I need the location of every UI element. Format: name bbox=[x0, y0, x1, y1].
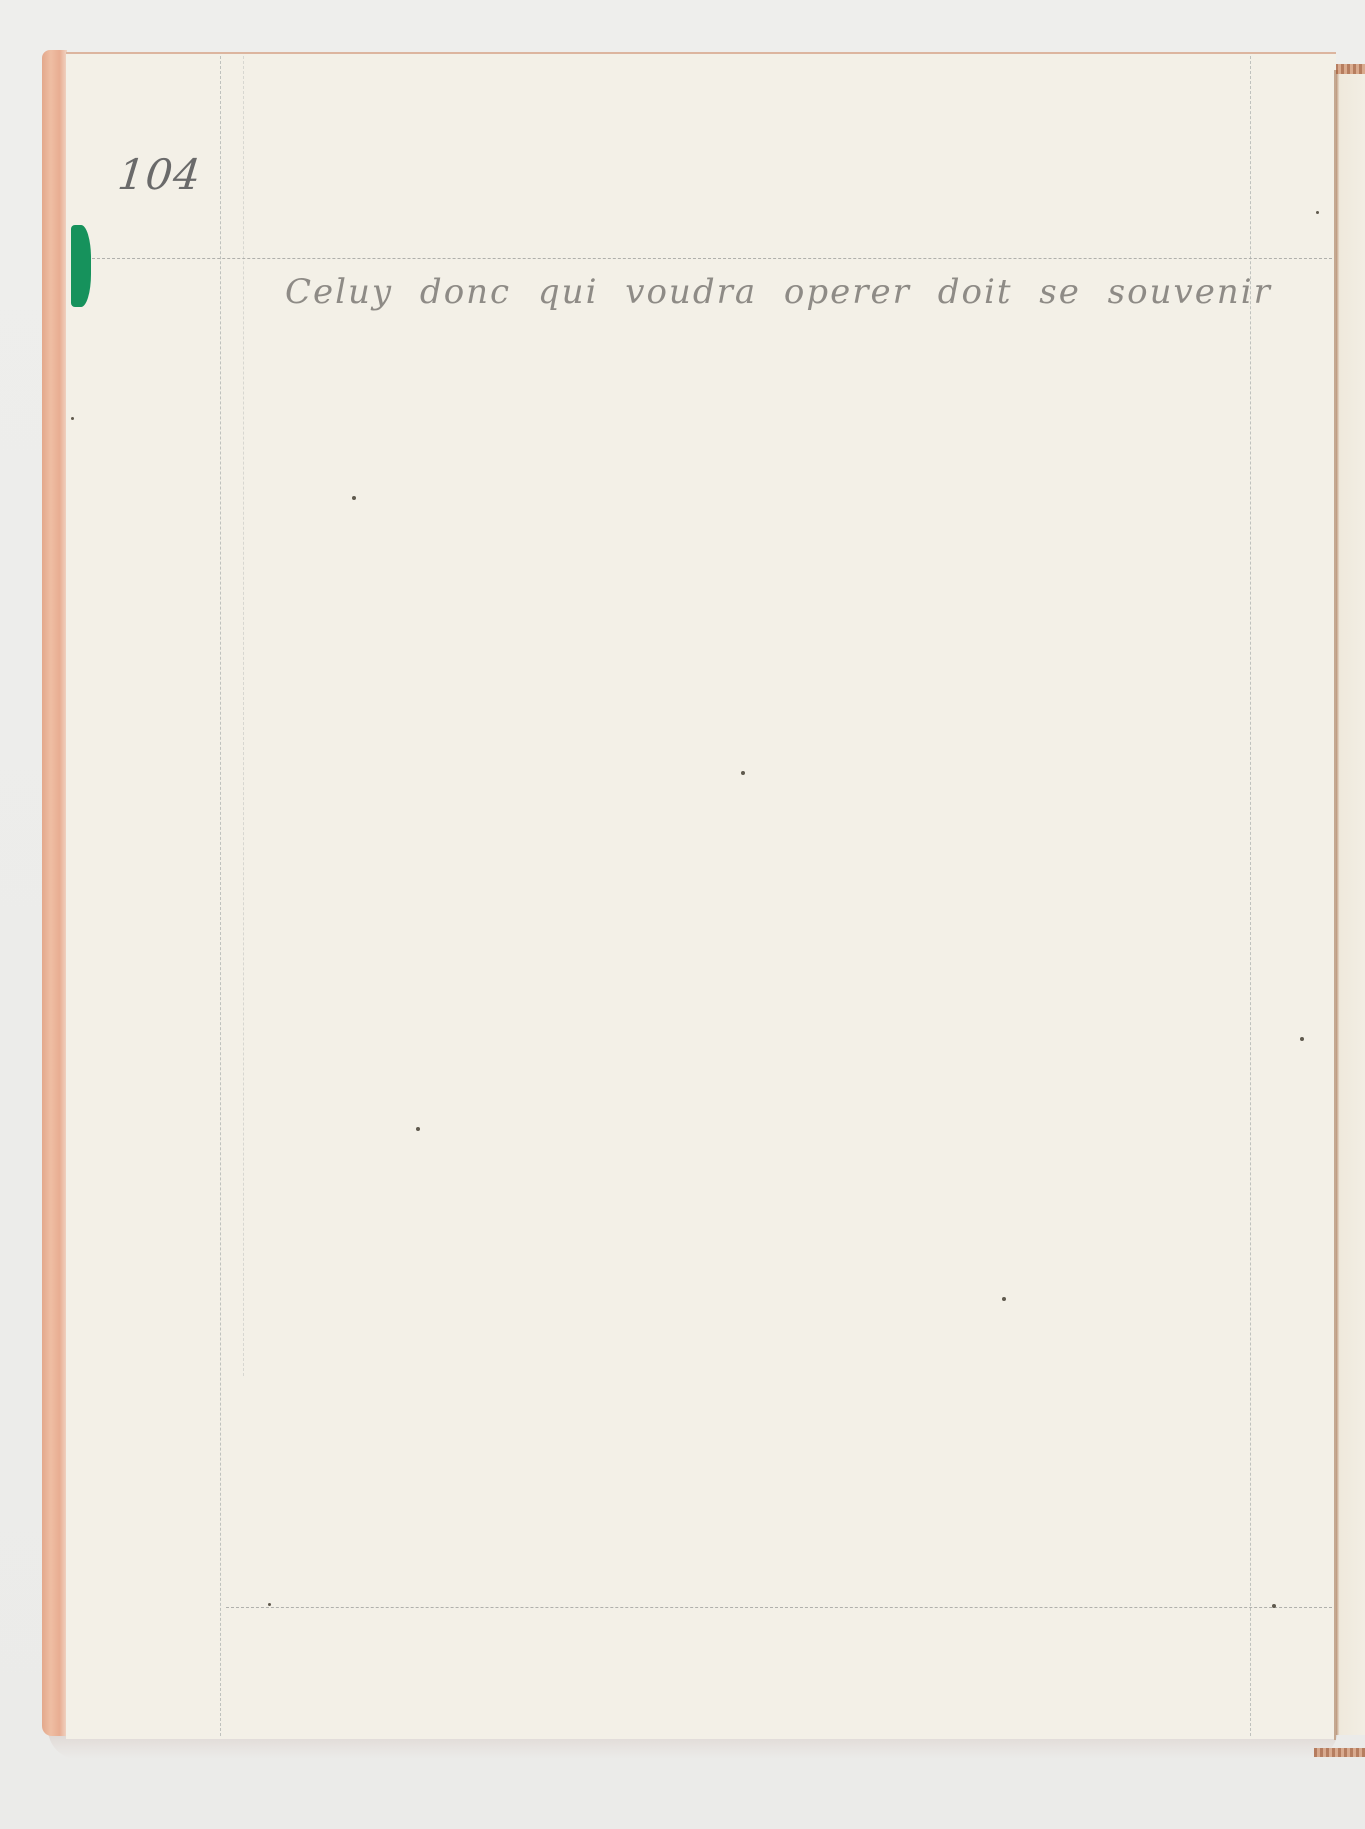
manuscript-line-1: Celuy donc qui voudra operer doit se sou… bbox=[285, 272, 1225, 312]
folio-number: 104 bbox=[115, 150, 203, 199]
ink-speck bbox=[268, 1603, 271, 1606]
ink-speck bbox=[416, 1127, 420, 1131]
ink-speck bbox=[352, 496, 356, 500]
gutter-fold bbox=[1334, 70, 1336, 1740]
ink-speck bbox=[1300, 1037, 1304, 1041]
green-bookmark-tab bbox=[71, 225, 91, 307]
bottom-margin-rule bbox=[226, 1607, 1332, 1608]
ink-speck bbox=[1272, 1604, 1276, 1608]
left-margin-rule-faint bbox=[243, 56, 244, 1376]
binding-thread-top bbox=[1335, 64, 1365, 74]
ink-speck bbox=[71, 417, 74, 420]
adjacent-leaf bbox=[1336, 70, 1365, 1735]
ink-speck bbox=[1316, 211, 1319, 214]
page-block-edge bbox=[42, 50, 67, 1736]
ink-speck bbox=[1002, 1297, 1006, 1301]
left-margin-rule bbox=[220, 56, 221, 1736]
ink-speck bbox=[741, 771, 745, 775]
top-margin-rule bbox=[92, 258, 1332, 259]
binding-thread-bottom bbox=[1314, 1748, 1365, 1757]
